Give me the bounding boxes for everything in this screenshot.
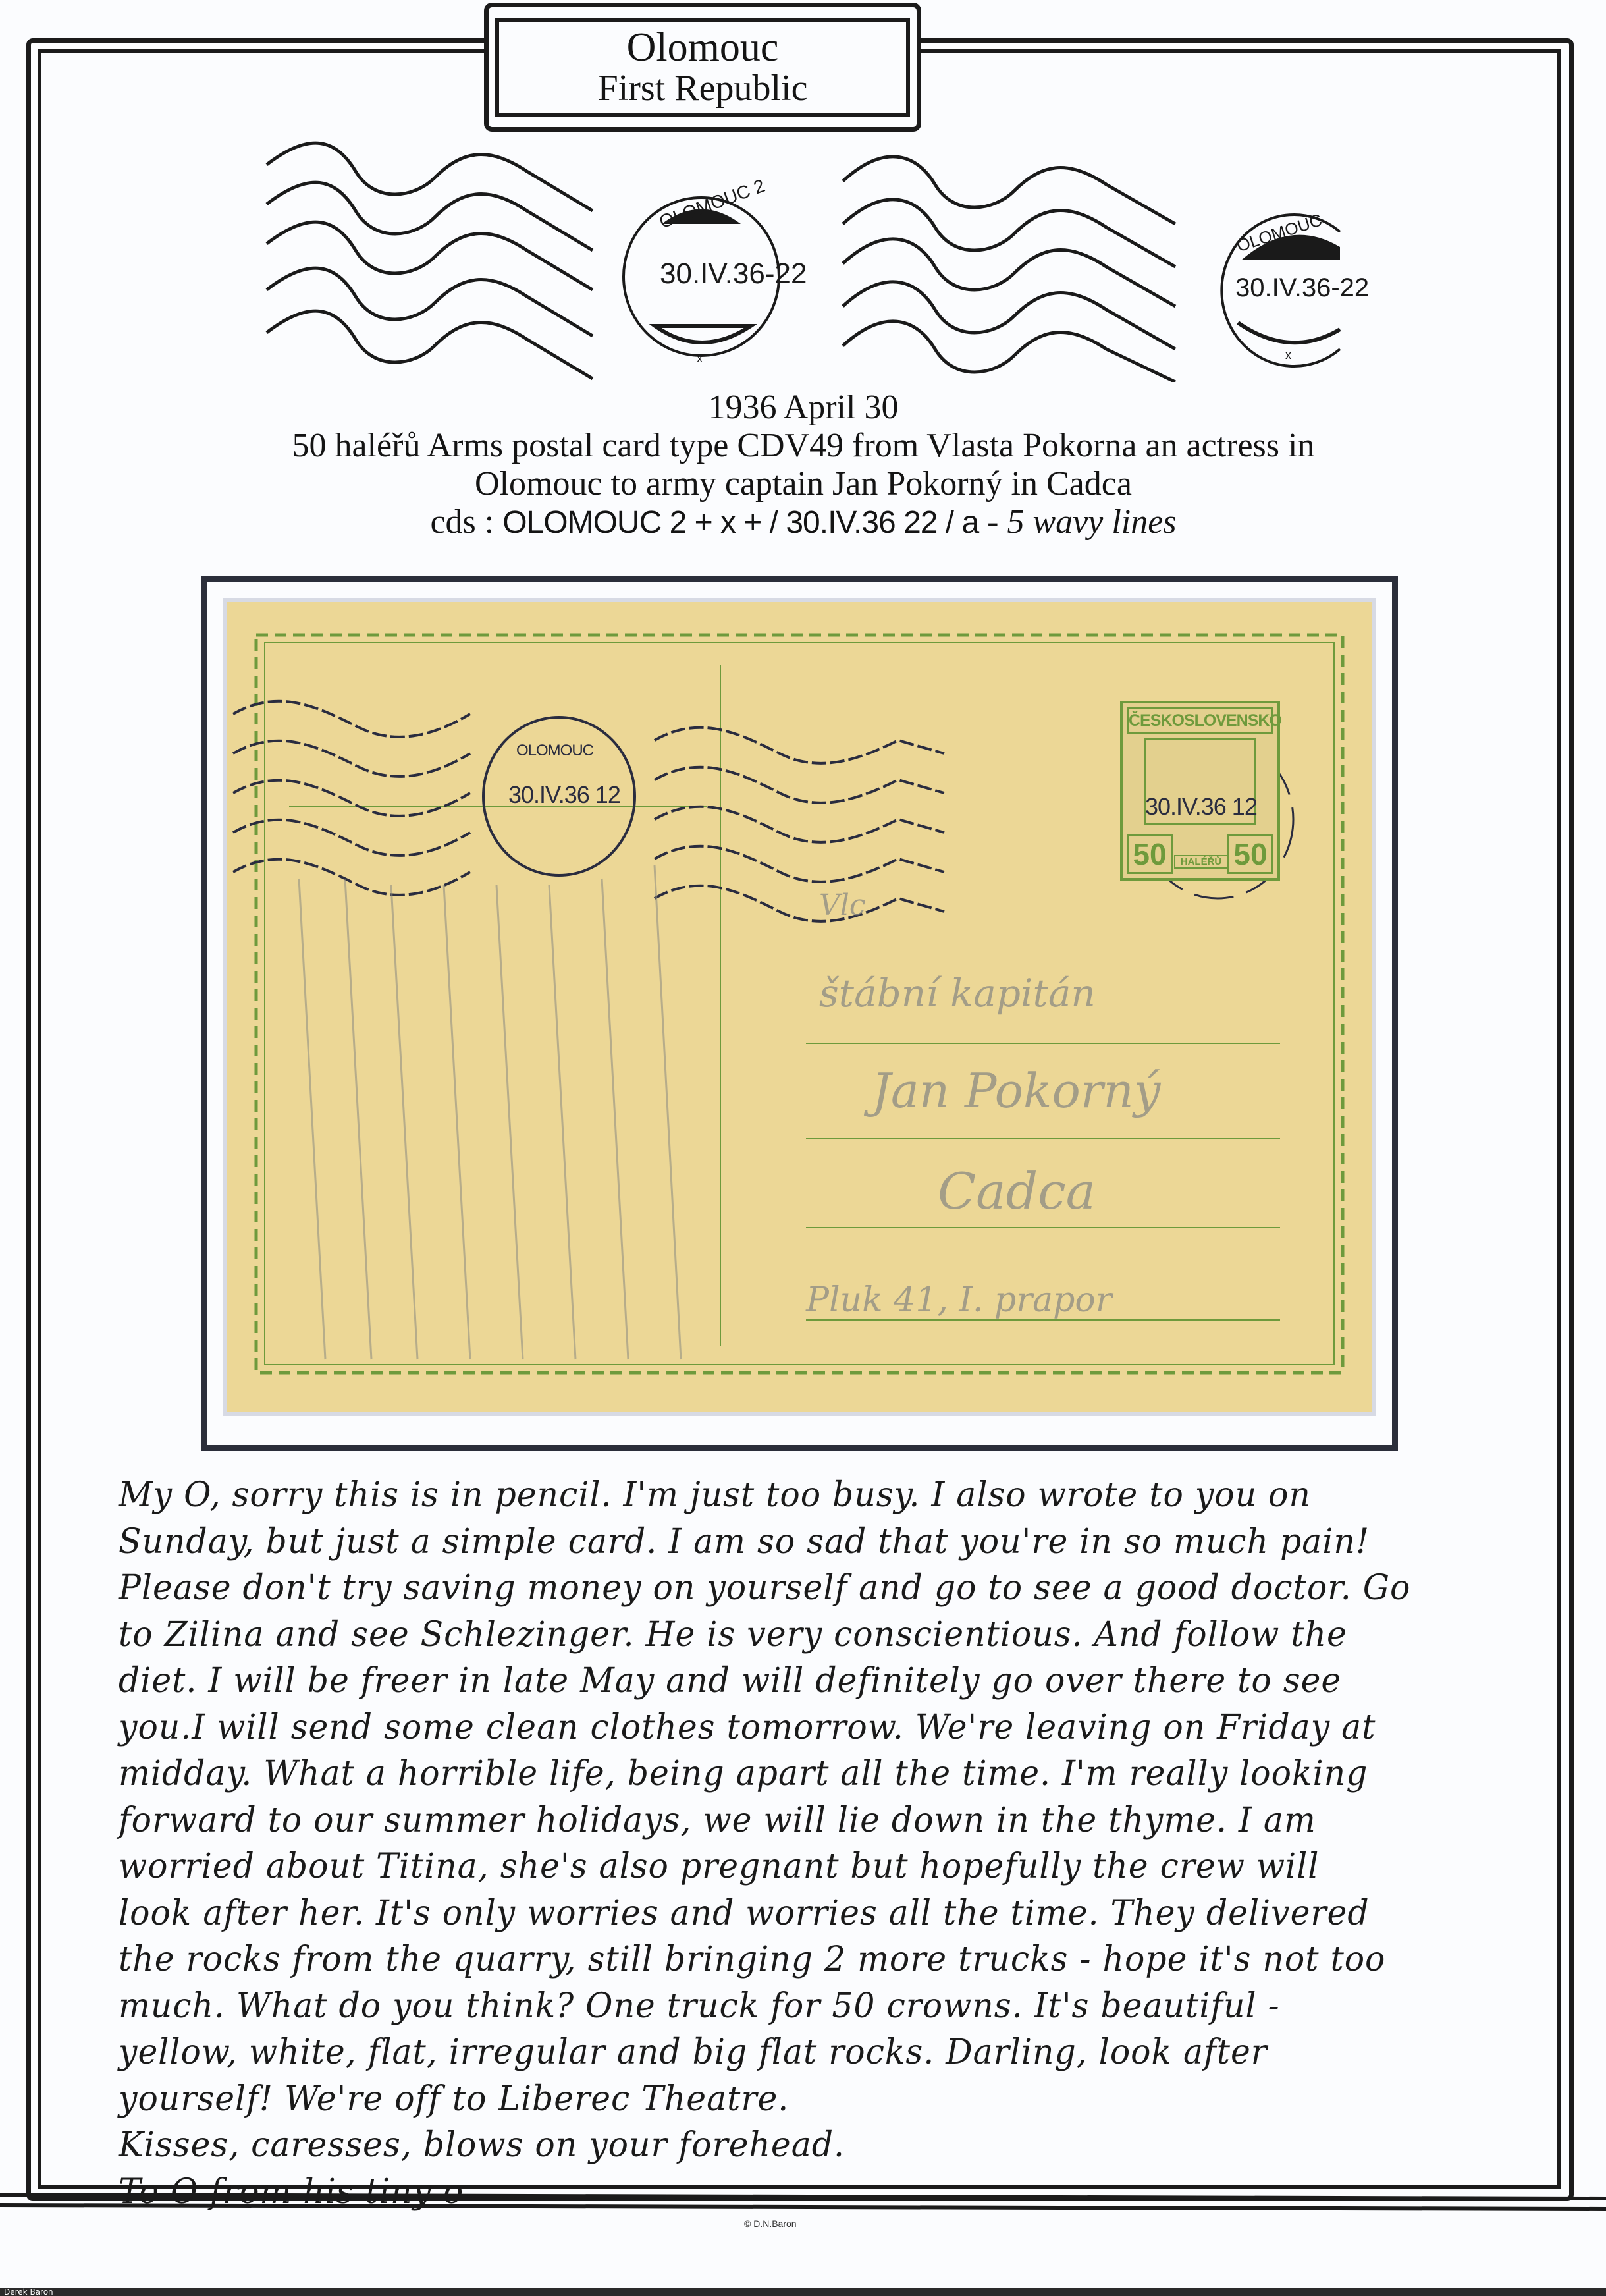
postcard-mount: 30.IV.36 12 OLOMOUC ČESKOSLOVENSKO 50 HA… bbox=[201, 576, 1398, 1451]
wavy-lines-right bbox=[843, 157, 1175, 382]
svg-text:x: x bbox=[1285, 348, 1291, 362]
letter-line: the rocks from the quarry, still bringin… bbox=[119, 1936, 1447, 1983]
letter-line: much. What do you think? One truck for 5… bbox=[119, 1983, 1447, 2030]
letter-line: midday. What a horrible life, being apar… bbox=[119, 1751, 1447, 1797]
description-date: 1936 April 30 bbox=[132, 389, 1475, 427]
postmark-date-card: 30.IV.36 12 bbox=[508, 781, 620, 809]
stamp-country: ČESKOSLOVENSKO bbox=[1127, 707, 1273, 734]
address-line: Pluk 41, I. prapor bbox=[806, 1280, 1112, 1320]
letter-line: you.I will send some clean clothes tomor… bbox=[119, 1705, 1447, 1751]
postcard: 30.IV.36 12 OLOMOUC ČESKOSLOVENSKO 50 HA… bbox=[227, 602, 1372, 1412]
page-title-box: Olomouc First Republic bbox=[484, 3, 921, 132]
letter-line: look after her. It's only worries and wo… bbox=[119, 1890, 1447, 1937]
address-line: Jan Pokorný bbox=[872, 1063, 1160, 1118]
bottom-bar bbox=[0, 2288, 1606, 2296]
letter-line: to Zilina and see Schlezinger. He is ver… bbox=[119, 1612, 1447, 1658]
stamp-value-left: 50 bbox=[1127, 834, 1173, 874]
description-cds: cds : OLOMOUC 2 + x + / 30.IV.36 22 / a … bbox=[132, 503, 1475, 542]
postmark-illustration: OLOMOUC 2 30.IV.36-22 x OLOMOUC 30.IV.36… bbox=[0, 132, 1606, 382]
letter-line: yourself! We're off to Liberec Theatre. bbox=[119, 2076, 1447, 2123]
letter-line: yellow, white, flat, irregular and big f… bbox=[119, 2029, 1447, 2076]
letter-line: diet. I will be freer in late May and wi… bbox=[119, 1658, 1447, 1705]
stamp-currency: HALÉŘŮ bbox=[1174, 855, 1228, 869]
address-line: štábní kapitán bbox=[819, 971, 1096, 1016]
letter-line: Please don't try saving money on yoursel… bbox=[119, 1565, 1447, 1612]
address-line: Vlc bbox=[819, 888, 866, 922]
address-line: Cadca bbox=[938, 1162, 1096, 1220]
letter-line: Kisses, caresses, blows on your forehead… bbox=[119, 2122, 1447, 2169]
svg-text:x: x bbox=[697, 352, 703, 365]
cds-value: OLOMOUC 2 + x + / 30.IV.36 22 / a bbox=[502, 505, 978, 540]
letter-line: My O, sorry this is in pencil. I'm just … bbox=[119, 1472, 1447, 1519]
letter-line: worried about Titina, she's also pregnan… bbox=[119, 1844, 1447, 1890]
description-line: 50 haléřů Arms postal card type CDV49 fr… bbox=[132, 427, 1475, 465]
cds-left-icon: OLOMOUC 2 30.IV.36-22 x bbox=[624, 175, 807, 365]
stamp-value-right: 50 bbox=[1227, 834, 1273, 874]
description-line: Olomouc to army captain Jan Pokorný in C… bbox=[132, 465, 1475, 503]
svg-text:30.IV.36-22: 30.IV.36-22 bbox=[1235, 273, 1369, 302]
page-title: Olomouc bbox=[627, 26, 779, 68]
author-label: Derek Baron bbox=[4, 2288, 53, 2296]
letter-transcription: My O, sorry this is in pencil. I'm just … bbox=[119, 1472, 1447, 2215]
postmark-town-card: OLOMOUC bbox=[516, 742, 593, 760]
copyright: © D.N.Baron bbox=[744, 2218, 797, 2229]
pencil-message bbox=[299, 865, 681, 1359]
letter-line: forward to our summer holidays, we will … bbox=[119, 1797, 1447, 1844]
stamp-postmark-date: 30.IV.36 12 bbox=[1145, 793, 1257, 821]
footer-rule bbox=[0, 2192, 1606, 2218]
item-description: 1936 April 30 50 haléřů Arms postal card… bbox=[132, 389, 1475, 542]
cds-note: - 5 wavy lines bbox=[978, 503, 1176, 541]
imprinted-stamp: ČESKOSLOVENSKO 50 HALÉŘŮ 50 bbox=[1120, 701, 1280, 881]
svg-text:30.IV.36-22: 30.IV.36-22 bbox=[660, 258, 807, 290]
page-subtitle: First Republic bbox=[598, 68, 808, 108]
letter-line: Sunday, but just a simple card. I am so … bbox=[119, 1519, 1447, 1566]
wavy-lines-left bbox=[267, 143, 593, 379]
cds-right-icon: OLOMOUC 30.IV.36-22 x bbox=[1221, 209, 1369, 366]
